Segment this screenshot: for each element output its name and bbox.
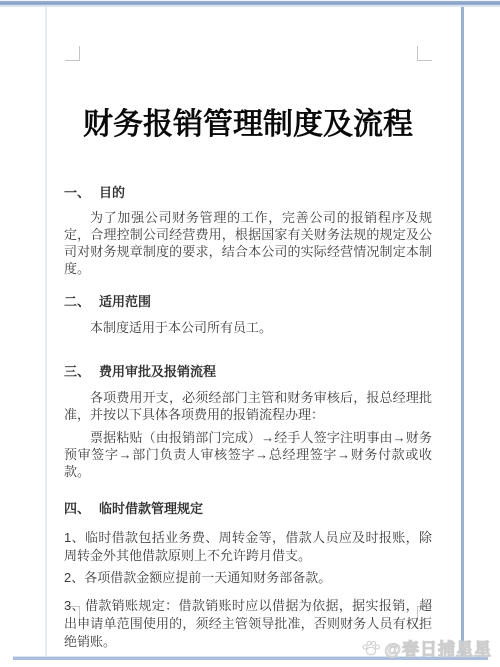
section-number: 二、 bbox=[64, 295, 99, 308]
section-number: 一、 bbox=[64, 186, 99, 199]
document-page: 财务报销管理制度及流程 一、 目的 为了加强公司财务管理的工作，完善公司的报销程… bbox=[64, 90, 432, 651]
document-title: 财务报销管理制度及流程 bbox=[64, 104, 432, 146]
paragraph: 各项费用开支，必须经部门主管和财务审核后，报总经理批准，并按以下具体各项费用的报… bbox=[64, 389, 432, 423]
watermark: @春日捕星星 bbox=[361, 635, 492, 660]
page-border-left bbox=[45, 7, 47, 657]
section-heading-label: 适用范围 bbox=[99, 295, 151, 308]
section-heading-purpose: 一、 目的 bbox=[64, 186, 432, 199]
section-number: 三、 bbox=[64, 365, 99, 378]
paragraph: 票据粘贴（由报销部门完成）→经手人签字注明事由→财务预审签字→部门负责人审核签字… bbox=[64, 429, 432, 480]
screenshot-root: { "page": { "border_top_color": "#8fa8cc… bbox=[0, 0, 500, 667]
watermark-handle: @春日捕星星 bbox=[384, 635, 492, 660]
section-heading-scope: 二、 适用范围 bbox=[64, 295, 432, 308]
section-number: 四、 bbox=[64, 502, 99, 515]
paragraph: 本制度适用于本公司所有员工。 bbox=[64, 319, 432, 336]
section-heading-approval-process: 三、 费用审批及报销流程 bbox=[64, 365, 432, 378]
page-border-right bbox=[461, 7, 464, 658]
section-heading-label: 临时借款管理规定 bbox=[99, 502, 203, 515]
margin-mark-top-left bbox=[65, 46, 80, 61]
page-border-top bbox=[0, 0, 500, 7]
list-item: 2、各项借款金额应提前一天通知财务部备款。 bbox=[64, 569, 432, 587]
section-heading-label: 目的 bbox=[99, 186, 125, 199]
section-heading-temporary-loan: 四、 临时借款管理规定 bbox=[64, 502, 432, 515]
list-item: 1、临时借款包括业务费、周转金等，借款人员应及时报账，除周转金外其他借款原则上不… bbox=[64, 529, 432, 565]
section-heading-label: 费用审批及报销流程 bbox=[99, 365, 216, 378]
margin-mark-top-right bbox=[417, 46, 432, 61]
paragraph: 为了加强公司财务管理的工作，完善公司的报销程序及规定，合理控制公司经营费用，根据… bbox=[64, 209, 432, 277]
paw-icon bbox=[361, 638, 381, 658]
